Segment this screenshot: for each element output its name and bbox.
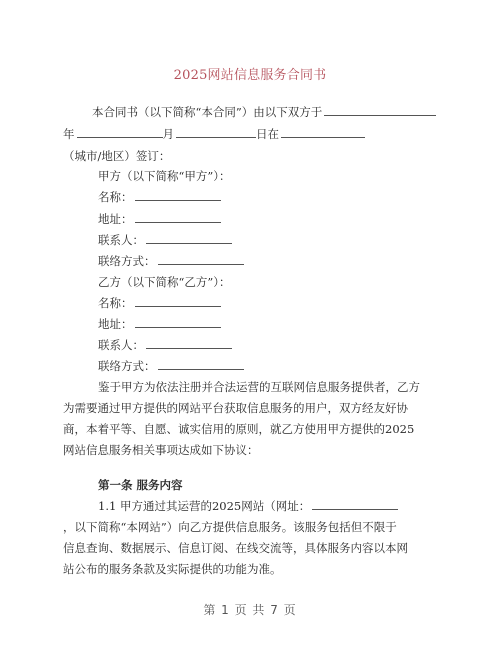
party-a-phone-row: 联络方式： (98, 253, 244, 269)
month-blank-field[interactable] (176, 126, 256, 138)
intro-text: 本合同书（以下简称“本合同”）由以下双方于 (92, 105, 322, 119)
party-b-contact-row: 联系人： (98, 337, 232, 353)
party-a-contact-label: 联系人： (98, 233, 144, 247)
party-a-address-field[interactable] (135, 211, 221, 223)
party-a-address-row: 地址： (98, 211, 221, 227)
clause-1-1-line-1: 1.1 甲方通过其运营的2025网站（网址： (98, 498, 398, 514)
year-blank-field[interactable] (77, 126, 163, 138)
place-blank-field[interactable] (281, 126, 365, 138)
preamble-line-1: 鉴于甲方为依法注册并合法运营的互联网信息服务提供者，乙方 (98, 379, 420, 395)
party-b-contact-field[interactable] (146, 337, 232, 349)
party-a-name-label: 名称： (98, 190, 133, 204)
website-url-field[interactable] (312, 498, 398, 510)
party-b-contact-label: 联系人： (98, 338, 144, 352)
intro-line-3: （城市/地区）签订： (63, 148, 170, 164)
intro-line-2: 年月日在 (63, 126, 365, 142)
document-title: 2025网站信息服务合同书 (0, 64, 500, 83)
party-a-contact-field[interactable] (146, 232, 232, 244)
document-page: 2025网站信息服务合同书 本合同书（以下简称“本合同”）由以下双方于 年月日在… (0, 0, 500, 647)
clause-1-1-text: 1.1 甲方通过其运营的2025网站（网址： (98, 499, 310, 513)
clause-1-1-line-4: 站公布的服务条款及实际提供的功能为准。 (63, 561, 282, 577)
preamble-line-4: 网站信息服务相关事项达成如下协议： (63, 442, 259, 458)
party-b-phone-row: 联络方式： (98, 358, 244, 374)
party-a-name-row: 名称： (98, 189, 221, 205)
party-b-name-label: 名称： (98, 296, 133, 310)
party-b-phone-label: 联络方式： (98, 359, 156, 373)
preamble-line-3: 商，本着平等、自愿、诚实信用的原则，就乙方使用甲方提供的2025 (63, 421, 414, 437)
party-b-name-field[interactable] (135, 295, 221, 307)
clause-1-1-line-3: 信息查询、数据展示、信息订阅、在线交流等，具体服务内容以本网 (63, 540, 408, 556)
party-b-phone-field[interactable] (158, 358, 244, 370)
party-b-address-field[interactable] (135, 316, 221, 328)
page-indicator: 第 1 页 共 7 页 (0, 601, 500, 618)
intro-line-1: 本合同书（以下简称“本合同”）由以下双方于 (92, 104, 436, 120)
party-a-address-label: 地址： (98, 212, 133, 226)
party-b-name-row: 名称： (98, 295, 221, 311)
year-label: 年 (63, 127, 75, 141)
party-a-phone-label: 联络方式： (98, 254, 156, 268)
article-1-heading: 第一条 服务内容 (98, 477, 183, 493)
clause-1-1-line-2: ，以下简称“本网站”）向乙方提供信息服务。该服务包括但不限于 (63, 519, 397, 535)
party-b-address-row: 地址： (98, 316, 221, 332)
date-blank-field[interactable] (324, 104, 436, 116)
month-label: 月 (163, 127, 175, 141)
party-b-address-label: 地址： (98, 317, 133, 331)
party-a-name-field[interactable] (135, 189, 221, 201)
party-a-phone-field[interactable] (158, 253, 244, 265)
preamble-line-2: 为需要通过甲方提供的网站平台获取信息服务的用户，双方经友好协 (63, 400, 408, 416)
party-b-heading: 乙方（以下简称“乙方”）： (98, 274, 231, 290)
day-label: 日在 (256, 127, 279, 141)
party-a-contact-row: 联系人： (98, 232, 232, 248)
party-a-heading: 甲方（以下简称“甲方”）： (98, 168, 231, 184)
